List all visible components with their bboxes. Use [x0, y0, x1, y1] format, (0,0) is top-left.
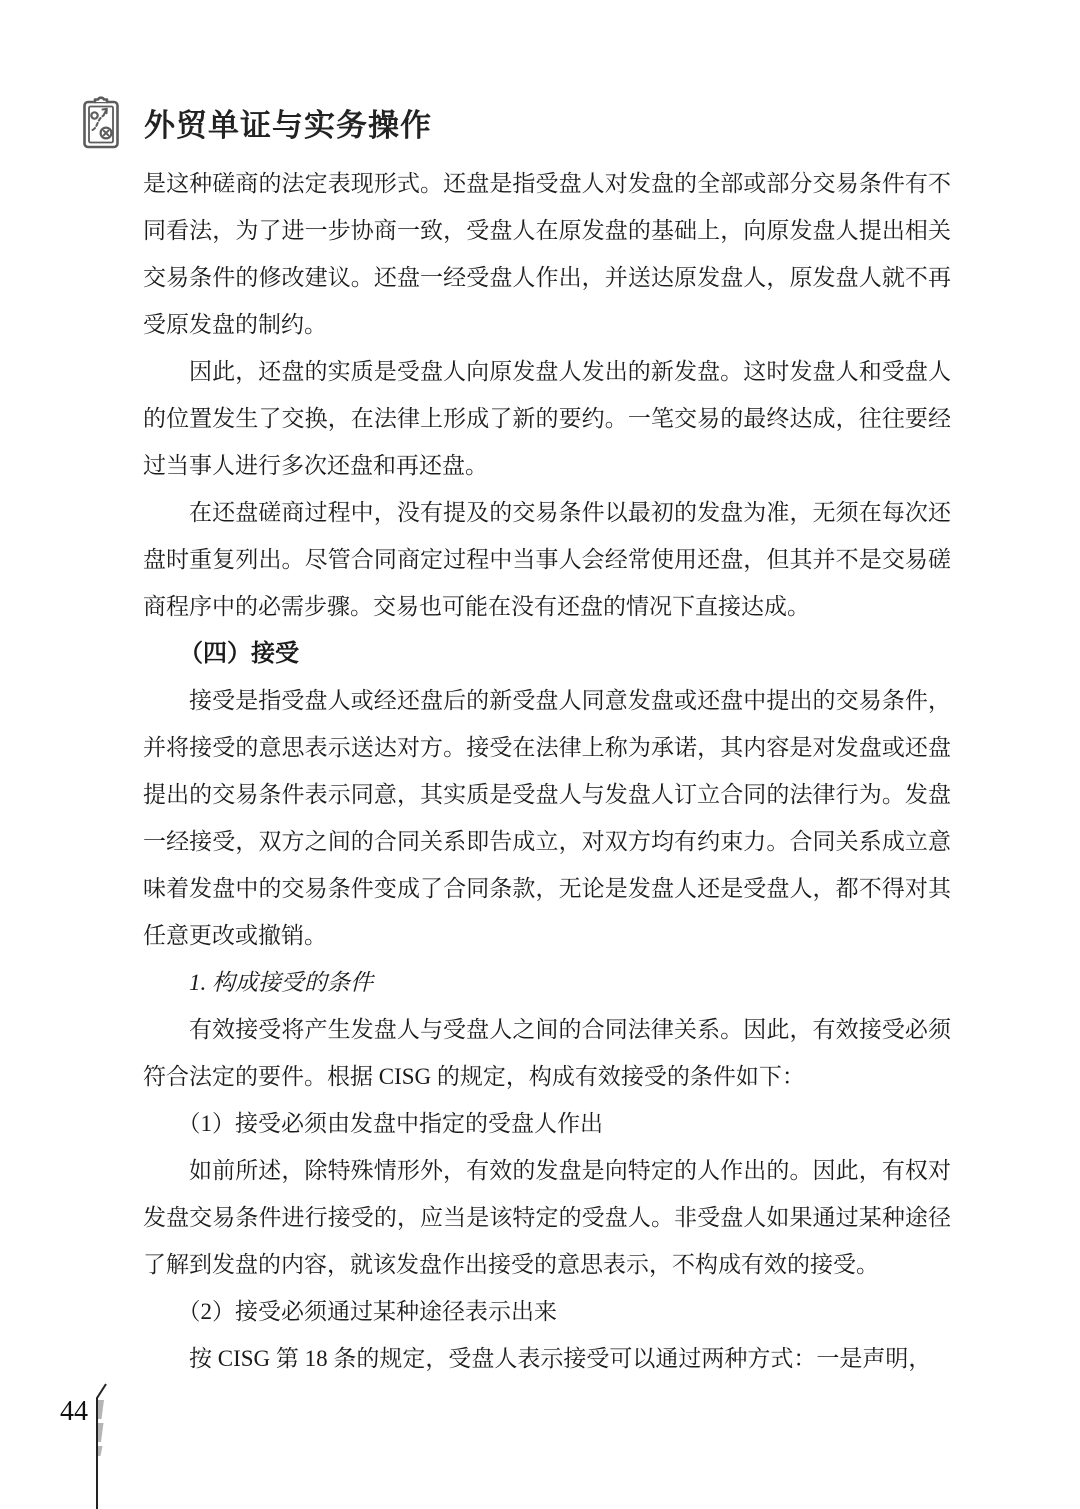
text-column: 是这种磋商的法定表现形式。还盘是指受盘人对发盘的全部或部分交易条件有不同看法，为… — [143, 160, 951, 1382]
list-item-heading: （2）接受必须通过某种途径表示出来 — [143, 1288, 951, 1335]
footer-rule-decoration — [86, 1378, 112, 1509]
paragraph: 因此，还盘的实质是受盘人向原发盘人发出的新发盘。这时发盘人和受盘人的位置发生了交… — [143, 348, 951, 489]
book-page: 外贸单证与实务操作 是这种磋商的法定表现形式。还盘是指受盘人对发盘的全部或部分交… — [0, 0, 1080, 1509]
page-title: 外贸单证与实务操作 — [144, 100, 432, 145]
page-number: 44 — [60, 1396, 88, 1428]
paragraph: 接受是指受盘人或经还盘后的新受盘人同意发盘或还盘中提出的交易条件，并将接受的意思… — [143, 677, 951, 959]
paragraph: 如前所述，除特殊情形外，有效的发盘是向特定的人作出的。因此，有权对发盘交易条件进… — [143, 1147, 951, 1288]
list-item-heading: （1）接受必须由发盘中指定的受盘人作出 — [143, 1100, 951, 1147]
clipboard-strategy-icon — [82, 94, 120, 150]
section-heading: （四）接受 — [143, 630, 951, 677]
paragraph: 在还盘磋商过程中，没有提及的交易条件以最初的发盘为准，无须在每次还盘时重复列出。… — [143, 489, 951, 630]
page-header: 外贸单证与实务操作 — [82, 94, 432, 150]
paragraph: 是这种磋商的法定表现形式。还盘是指受盘人对发盘的全部或部分交易条件有不同看法，为… — [143, 160, 951, 348]
paragraph: 有效接受将产生发盘人与受盘人之间的合同法律关系。因此，有效接受必须符合法定的要件… — [143, 1006, 951, 1100]
subsection-heading: 1. 构成接受的条件 — [143, 959, 951, 1006]
paragraph: 按 CISG 第 18 条的规定，受盘人表示接受可以通过两种方式：一是声明， — [143, 1335, 951, 1382]
